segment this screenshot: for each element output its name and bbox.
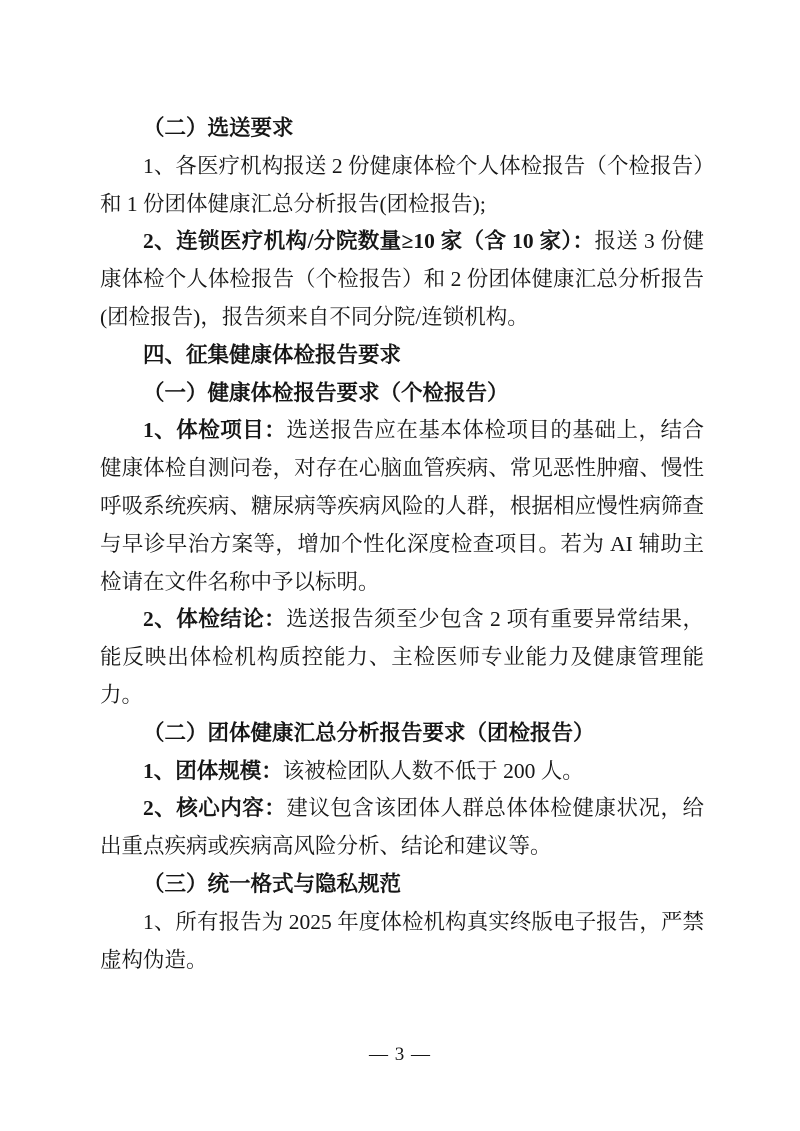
text-run: 1、团体规模： xyxy=(143,759,283,783)
para-exam-items: 1、体检项目：选送报告应在基本体检项目的基础上，结合健康体检自测问卷，对存在心脑… xyxy=(100,412,704,601)
para-chain-institution-submission: 2、连锁医疗机构/分院数量≥10 家（含 10 家）：报送 3 份健康体检个人体… xyxy=(100,223,704,336)
document-page: （二）选送要求1、各医疗机构报送 2 份健康体检个人体检报告（个检报告）和 1 … xyxy=(0,0,800,1131)
heading-4-3-format-privacy: （三）统一格式与隐私规范 xyxy=(100,866,704,904)
heading-4-2-group-report-requirements: （二）团体健康汇总分析报告要求（团检报告） xyxy=(100,715,704,753)
heading-section-2-selection-requirements: （二）选送要求 xyxy=(100,110,704,148)
text-run: （三）统一格式与隐私规范 xyxy=(143,872,401,896)
para-each-institution-submission: 1、各医疗机构报送 2 份健康体检个人体检报告（个检报告）和 1 份团体健康汇总… xyxy=(100,148,704,224)
para-authentic-reports: 1、所有报告为 2025 年度体检机构真实终版电子报告，严禁虚构伪造。 xyxy=(100,904,704,980)
text-run: 2、体检结论： xyxy=(143,607,286,631)
text-run: 1、体检项目： xyxy=(143,418,286,442)
text-run: 选送报告应在基本体检项目的基础上，结合健康体检自测问卷，对存在心脑血管疾病、常见… xyxy=(100,418,704,593)
text-run: （二）选送要求 xyxy=(143,116,294,140)
document-body: （二）选送要求1、各医疗机构报送 2 份健康体检个人体检报告（个检报告）和 1 … xyxy=(100,110,704,979)
para-group-scale: 1、团体规模：该被检团队人数不低于 200 人。 xyxy=(100,753,704,791)
para-core-content: 2、核心内容：建议包含该团体人群总体体检健康状况，给出重点疾病或疾病高风险分析、… xyxy=(100,790,704,866)
para-exam-conclusion: 2、体检结论：选送报告须至少包含 2 项有重要异常结果，能反映出体检机构质控能力… xyxy=(100,601,704,714)
heading-section-4-collection-requirements: 四、征集健康体检报告要求 xyxy=(100,337,704,375)
text-run: 1、各医疗机构报送 2 份健康体检个人体检报告（个检报告）和 1 份团体健康汇总… xyxy=(100,154,704,216)
text-run: 四、征集健康体检报告要求 xyxy=(143,343,401,367)
text-run: （一）健康体检报告要求（个检报告） xyxy=(143,381,509,405)
text-run: 该被检团队人数不低于 200 人。 xyxy=(283,759,584,783)
text-run: 1、所有报告为 2025 年度体检机构真实终版电子报告，严禁虚构伪造。 xyxy=(100,910,704,972)
page-number: — 3 — xyxy=(0,1040,800,1070)
heading-4-1-individual-report-requirements: （一）健康体检报告要求（个检报告） xyxy=(100,375,704,413)
text-run: 2、连锁医疗机构/分院数量≥10 家（含 10 家）： xyxy=(143,229,594,253)
text-run: （二）团体健康汇总分析报告要求（团检报告） xyxy=(143,721,595,745)
text-run: 2、核心内容： xyxy=(143,796,286,820)
